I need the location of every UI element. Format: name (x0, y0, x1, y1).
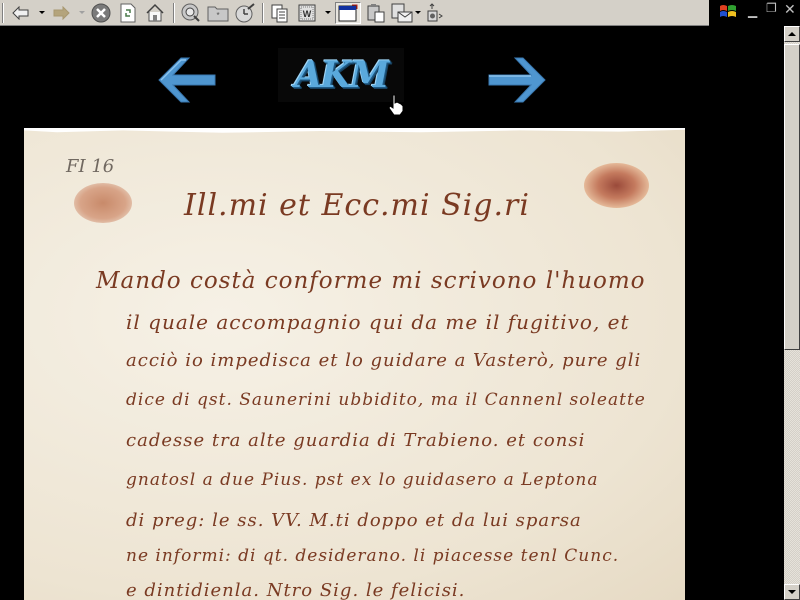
toolbar-separator (173, 3, 175, 23)
toolbar-separator (262, 3, 264, 23)
paste-icon (366, 3, 386, 23)
site-logo[interactable]: AKM (278, 48, 404, 102)
svg-text:*: * (216, 11, 219, 20)
vertical-scrollbar[interactable] (784, 26, 800, 600)
history-icon (234, 3, 256, 23)
scroll-down-arrow-icon (788, 590, 796, 595)
home-button[interactable] (143, 3, 167, 23)
manuscript-line: il quale accompagnio qui da me il fugiti… (126, 310, 630, 334)
manuscript-line: cadesse tra alte guardia di Trabieno. et… (126, 430, 585, 451)
edit-icon: W (298, 4, 316, 22)
media-icon (426, 3, 444, 23)
stain (74, 183, 132, 223)
fullscreen-window-icon (338, 4, 358, 22)
manuscript-line: ne informi: di qt. desiderano. li piaces… (126, 546, 619, 566)
home-icon (145, 3, 165, 23)
stop-button[interactable] (90, 3, 112, 23)
forward-arrow-icon (52, 6, 70, 20)
refresh-icon (120, 3, 136, 23)
history-button[interactable] (233, 3, 257, 23)
windows-logo-icon (719, 3, 737, 21)
right-arrow-icon (487, 55, 547, 105)
archive-mark: FI 16 (66, 156, 114, 177)
back-dropdown[interactable] (39, 11, 45, 14)
forward-button (50, 3, 72, 23)
close-button[interactable]: ✕ (784, 1, 796, 18)
refresh-button[interactable] (117, 3, 139, 23)
next-page-button[interactable] (487, 55, 547, 105)
manuscript-line: e dintidienla. Ntro Sig. le felicisi. (126, 580, 465, 600)
edit-dropdown[interactable] (325, 11, 331, 14)
minimize-button[interactable]: ▁ (748, 4, 757, 18)
mail-button[interactable] (390, 3, 414, 23)
torn-paper-edge (24, 128, 685, 134)
hand-cursor-icon (388, 94, 404, 121)
mail-icon (391, 3, 413, 23)
back-arrow-icon (12, 6, 30, 20)
scroll-up-arrow-icon (788, 32, 796, 37)
toolbar-grip (2, 3, 4, 23)
back-button[interactable] (10, 3, 32, 23)
restore-button[interactable]: ❐ (766, 1, 777, 15)
scrollbar-thumb[interactable] (784, 44, 800, 350)
svg-text:W: W (303, 9, 312, 19)
media-button[interactable] (424, 3, 446, 23)
paste-button[interactable] (364, 3, 388, 23)
manuscript-line: Mando costà conforme mi scrivono l'huomo (96, 268, 646, 294)
copy-icon (270, 3, 290, 23)
manuscript-line: dice di qst. Saunerini ubbidito, ma il C… (126, 390, 646, 410)
mail-dropdown[interactable] (415, 11, 421, 14)
window-controls: ▁ ❐ ✕ (709, 0, 800, 26)
previous-page-button[interactable] (157, 55, 217, 105)
logo-text: AKM (294, 54, 387, 96)
search-button[interactable] (179, 3, 203, 23)
edit-button[interactable]: W (296, 3, 318, 23)
salutation: Ill.mi et Ecc.mi Sig.ri (184, 188, 530, 223)
fullscreen-button[interactable] (335, 2, 361, 24)
stop-icon (91, 3, 111, 23)
stain (584, 163, 649, 208)
copy-button[interactable] (268, 3, 292, 23)
scroll-up-button[interactable] (784, 26, 800, 42)
forward-dropdown (79, 11, 85, 14)
search-icon (180, 3, 202, 23)
favorites-folder-icon: * (207, 4, 229, 22)
scroll-down-button[interactable] (784, 584, 800, 600)
left-arrow-icon (157, 55, 217, 105)
manuscript-line: acciò io impedisca et lo guidare a Vaste… (126, 350, 641, 371)
favorites-button[interactable]: * (206, 3, 230, 23)
manuscript-line: di preg: le ss. VV. M.ti doppo et da lui… (126, 510, 582, 531)
manuscript-line: gnatosl a due Pius. pst ex lo guidasero … (126, 470, 599, 490)
browser-toolbar: * W (0, 0, 709, 26)
manuscript-image: FI 16 Ill.mi et Ecc.mi Sig.ri Mando cost… (24, 128, 685, 600)
